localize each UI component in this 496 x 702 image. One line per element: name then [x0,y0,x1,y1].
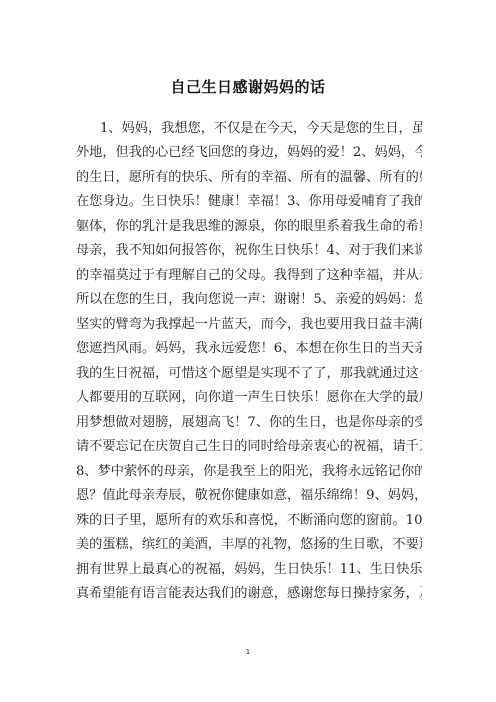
paragraph-line: 1、妈妈，我想您，不仅是在今天，今天是您的生日，虽然我在 [100,117,422,137]
paragraph-line: 所以在您的生日，我向您说一声：谢谢！5、亲爱的妈妈：您曾用您 [76,288,422,308]
paragraph-line: 躯体，你的乳汁是我思维的源泉，你的眼里系着我生命的希冀。我的 [76,215,422,235]
paragraph-line: 殊的日子里，愿所有的欢乐和喜悦，不断涌向您的窗前。10、没有甜 [76,509,422,529]
paragraph-line: 拥有世界上最真心的祝福，妈妈，生日快乐！11、生日快乐，妈妈， [76,558,422,578]
page-number: 1 [0,648,496,656]
paragraph-line: 请不要忘记在庆贺自己生日的同时给母亲衷心的祝福，请千万记住！ [76,435,422,455]
paragraph-line: 的生日，愿所有的快乐、所有的幸福、所有的温馨、所有的好运围绕 [76,166,422,186]
paragraph-line: 母亲，我不知如何报答你，祝你生日快乐！4、对于我们来说，最大 [76,239,422,259]
paragraph-line: 真希望能有语言能表达我们的谢意，感谢您每日操持家务，及给予我 [76,582,422,602]
paragraph-line: 人都要用的互联网，向你道一声生日快乐！愿你在大学的最后一年里， [76,386,422,406]
paragraph-line: 您遮挡风雨。妈妈，我永远爱您！6、本想在你生日的当天亲手送上 [76,337,422,357]
document-title: 自己生日感谢妈妈的话 [0,76,496,97]
paragraph-line: 我的生日祝福，可惜这个愿望是实现不了了，那我就通过这个，数亿 [76,362,422,382]
paragraph-line: 8、梦中萦怀的母亲，你是我至上的阳光，我将永远铭记你的养育之 [76,460,422,480]
paragraph-line: 在您身边。生日快乐！健康！幸福！3、你用母爱哺育了我的魂魄和 [76,190,422,210]
paragraph-line: 坚实的臂弯为我撑起一片蓝天，而今，我也要用我日益丰满的羽翼为 [76,313,422,333]
paragraph-line: 的幸福莫过于有理解自己的父母。我得到了这种幸福，并从未失去过。 [76,264,422,284]
paragraph-line: 用梦想做对翅膀，展翅高飞！7、你的生日，也是你母亲的受难日， [76,411,422,431]
paragraph-line: 外地，但我的心已经飞回您的身边，妈妈的爱！2、妈妈，今天是您 [76,141,422,161]
document-page: 自己生日感谢妈妈的话 1、妈妈，我想您，不仅是在今天，今天是您的生日，虽然我在 … [0,0,496,702]
paragraph-line: 美的蛋糕，缤红的美酒，丰厚的礼物，悠扬的生日歌，不要遗憾，你 [76,533,422,553]
paragraph-line: 恩？值此母亲寿辰，敬祝你健康如意，福乐绵绵！9、妈妈，在这特 [76,484,422,504]
